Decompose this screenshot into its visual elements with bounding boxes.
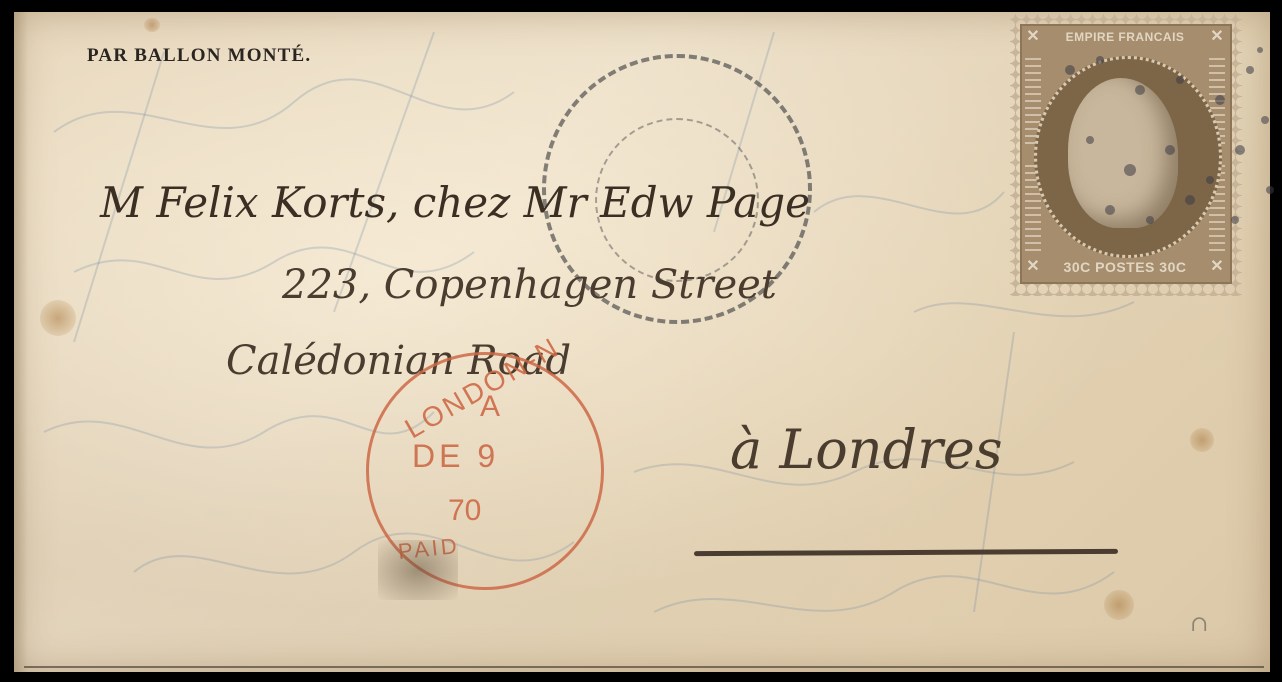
printed-header: PAR BALLON MONTÉ. [87,45,311,67]
london-postmark-year: 70 [448,494,481,528]
london-postmark-date: DE 9 [412,438,499,475]
london-postmark-letter: A [480,390,500,424]
address-line-recipient: M Felix Korts, chez Mr Edw Page [100,178,810,227]
foxing-stain [1190,428,1214,452]
foxing-stain [144,18,160,32]
foxing-stain [1104,590,1134,620]
pencil-note: ∩ [1190,612,1208,637]
foxing-stain [40,300,76,336]
address-line-city: à Londres [730,418,1003,481]
address-line-street: 223, Copenhagen Street [282,262,777,308]
ink-smudge [378,540,458,600]
dotted-cancel [1040,30,1280,260]
